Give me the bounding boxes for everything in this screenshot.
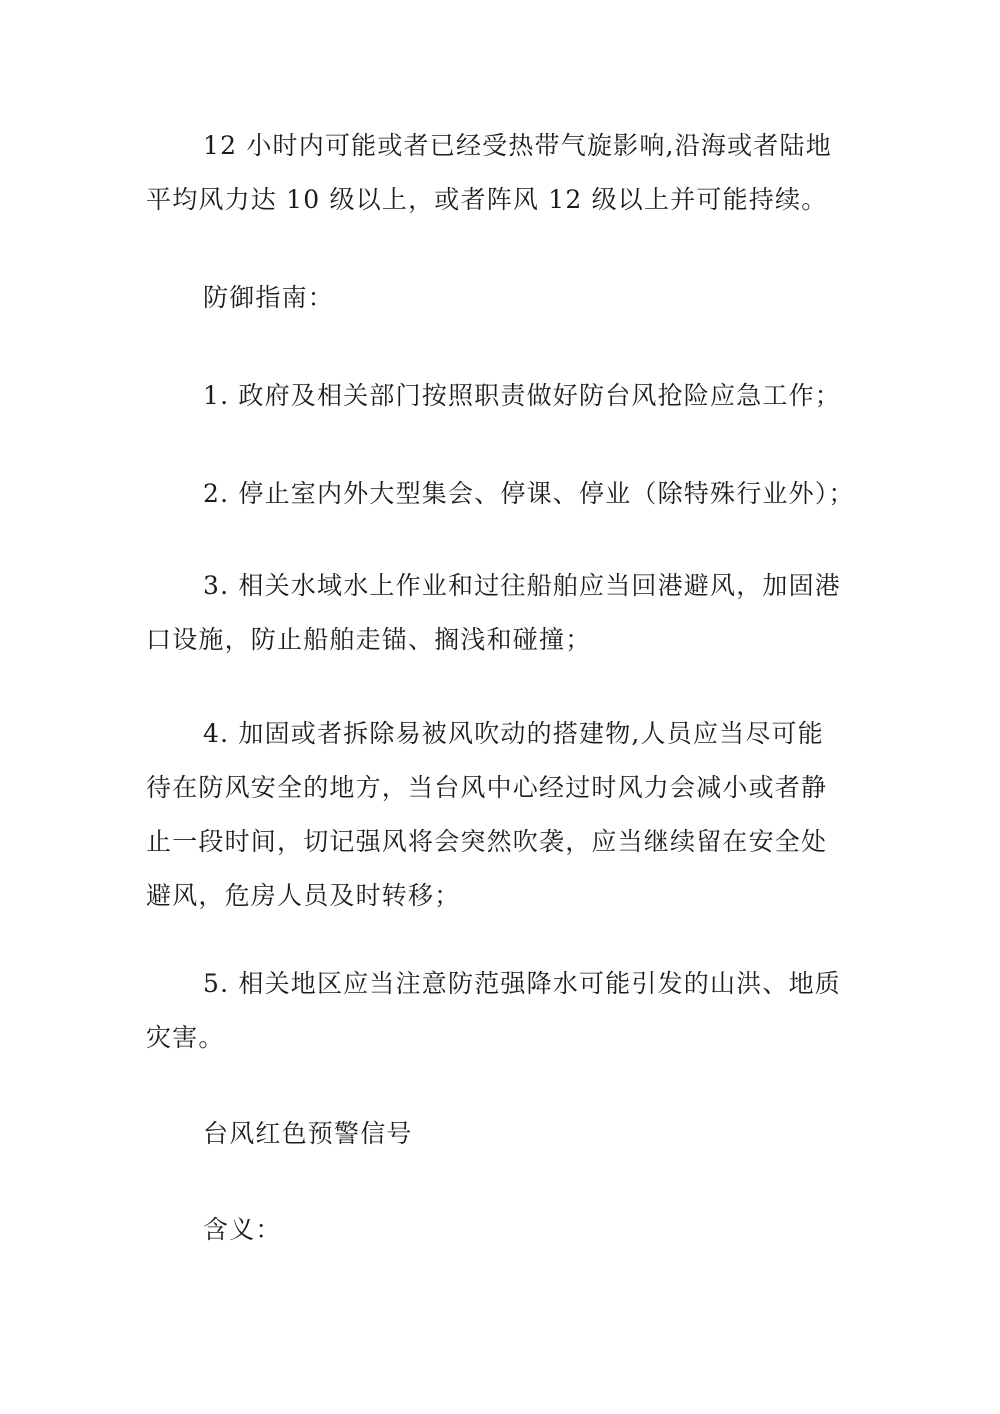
paragraph-line: 待在防风安全的地方，当台风中心经过时风力会减小或者静 (146, 772, 827, 804)
paragraph-line: 3. 相关水域水上作业和过往船舶应当回港避风，加固港 (203, 570, 841, 602)
paragraph-line: 5. 相关地区应当注意防范强降水可能引发的山洪、地质 (203, 968, 841, 1000)
paragraph-line: 平均风力达 10 级以上，或者阵风 12 级以上并可能持续。 (146, 184, 827, 216)
paragraph-line: 止一段时间，切记强风将会突然吹袭，应当继续留在安全处 (146, 826, 827, 858)
paragraph-line: 灾害。 (146, 1022, 225, 1054)
document-page: 12 小时内可能或者已经受热带气旋影响,沿海或者陆地 平均风力达 10 级以上，… (0, 0, 1000, 1414)
paragraph-line: 2. 停止室内外大型集会、停课、停业（除特殊行业外）； (203, 478, 855, 510)
section-heading-defense-guide: 防御指南： (203, 282, 334, 314)
paragraph-line: 口设施，防止船舶走锚、搁浅和碰撞； (146, 624, 591, 656)
section-title-typhoon-red-warning: 台风红色预警信号 (203, 1118, 413, 1150)
paragraph-line: 12 小时内可能或者已经受热带气旋影响,沿海或者陆地 (203, 130, 832, 162)
paragraph-line: 1. 政府及相关部门按照职责做好防台风抢险应急工作； (203, 380, 841, 412)
paragraph-line: 避风，危房人员及时转移； (146, 880, 460, 912)
meaning-label: 含义： (203, 1214, 282, 1246)
paragraph-line: 4. 加固或者拆除易被风吹动的搭建物,人员应当尽可能 (203, 718, 824, 750)
